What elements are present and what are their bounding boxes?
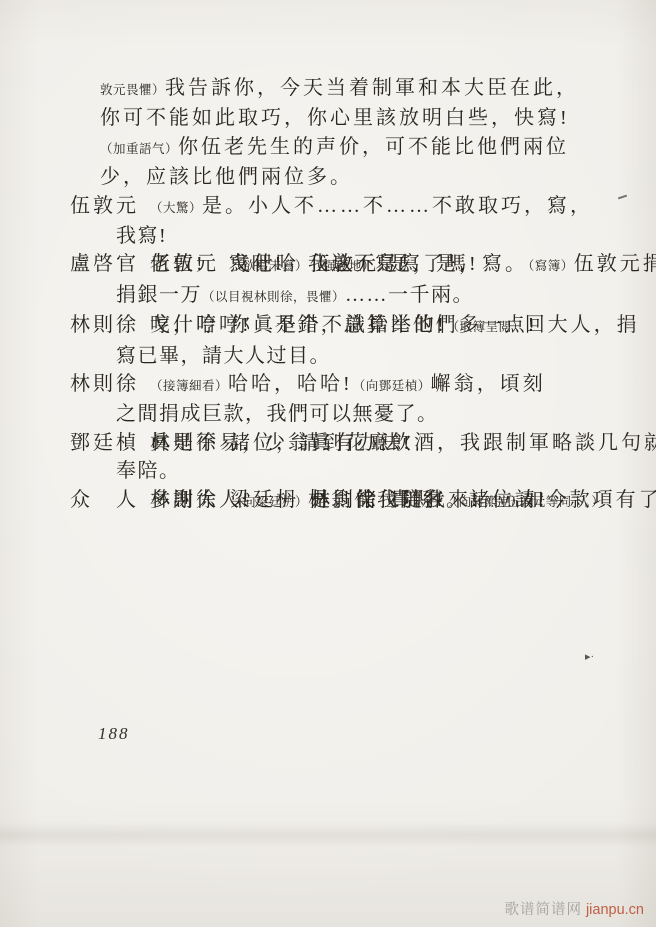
stage-direction: （向鄧廷楨） <box>353 379 431 393</box>
speaker-name: 鄧廷楨 <box>70 429 150 457</box>
script-line: 林則徐諸位，請到花廳飲酒，我跟制軍略談几句就來 <box>150 429 230 457</box>
script-line: 鄧廷楨眞是不易，少翁眞有办法! <box>70 429 150 457</box>
watermark-site-name: 歌谱简谱网 <box>504 902 582 918</box>
stage-direction: （以目視林則徐，畏懼） <box>202 290 345 304</box>
speaker-name: 林則徐 <box>310 486 390 514</box>
dialogue-text: 奉陪。 <box>116 460 181 482</box>
stage-direction: （接簿細看） <box>150 379 228 393</box>
script-line: 伍敦元是，是，寫。（寫簿）伍敦元捐……（咬牙發狠） <box>310 250 390 280</box>
speaker-name: 林則徐 <box>150 486 230 514</box>
speaker-name: 伍敦元 <box>150 250 230 278</box>
scan-smudge <box>0 822 656 848</box>
watermark: 歌谱简谱网jianpu.cn <box>504 898 644 919</box>
script-line: 之間捐成巨款，我們可以無憂了。 <box>70 400 600 428</box>
dialogue-text: 之間捐成巨款，我們可以無憂了。 <box>116 403 439 425</box>
dialogue-text: 我寫! <box>116 225 167 247</box>
dialogue-text: 少，应該比他們兩位多。 <box>100 166 353 188</box>
script-line: 少，应該比他們兩位多。 <box>70 163 600 191</box>
watermark-site-domain: jianpu.cn <box>586 902 644 918</box>
script-line: 众 人多謝大人! <box>70 486 150 514</box>
stage-direction: （取簿呈閲） <box>447 320 525 334</box>
stage-direction: （加重語气） <box>100 142 178 156</box>
dialogue-text: 諸位，請到花廳飲酒，我跟制軍略談几句就來 <box>230 432 656 454</box>
script-line: 寫已畢，請大人过目。 <box>70 342 600 370</box>
dialogue-text: 寫已畢，請大人过目。 <box>116 345 331 367</box>
dialogue-text: ……一千兩。 <box>345 284 474 306</box>
dialogue-text: 我告訴你，今天当着制軍和本大臣在此， <box>165 77 579 99</box>
stage-direction: 敦元畏懼） <box>100 83 165 97</box>
dialogue-text: 嶰翁，頃刻 <box>431 373 546 395</box>
dialogue-text: 是。小人不……不……不敢取巧，寫， <box>202 195 593 217</box>
dialogue-text: 是，是，寫。 <box>390 253 528 275</box>
speaker-name: 林則徐 <box>150 429 230 457</box>
scan-artifact: ▸· <box>585 650 594 663</box>
script-line: 伍敦元（大驚）是。小人不……不……不敢取巧，寫， <box>70 192 150 222</box>
dialogue-text: 如今款項有了着落，你明天 <box>524 489 656 511</box>
script-line: 林則徐貴縣!（向蔣熙宇）如今款項有了着落，你明天 <box>310 486 390 516</box>
dialogue-text: 伍敦元捐…… <box>574 253 656 275</box>
page-number: 188 <box>98 724 130 744</box>
scan-artifact <box>618 195 627 200</box>
speaker-name: 戈什哈 <box>150 311 230 339</box>
script-line: 你可不能如此取巧，你心里該放明白些，快寫! <box>70 104 600 132</box>
dialogue-text: 你眞是个不識抬举的! <box>230 314 447 336</box>
speaker-name: 林則徐 <box>70 370 150 398</box>
script-line: 伍敦元（欲寫未寫）我这不是寫了嗎! <box>150 250 230 280</box>
script-line: 戈什哈你眞是个不識抬举的!（取簿呈閲）回大人，捐 <box>150 311 230 341</box>
script-line: （加重語气）你伍老先生的声价，可不能比他們兩位 <box>70 133 600 163</box>
stage-direction: （向蔣熙宇） <box>446 495 524 509</box>
stage-direction: （寫簿） <box>528 259 574 273</box>
script-line: 戈什哈（强硬地）寫! <box>230 250 310 280</box>
speaker-name: 伍敦元 <box>310 250 390 278</box>
speaker-name: 戈什哈 <box>230 250 310 278</box>
dialogue-text: 哈哈，哈哈! <box>228 373 353 395</box>
script-line: 敦元畏懼）我告訴你，今天当着制軍和本大臣在此， <box>70 74 600 104</box>
script-line: 林則徐哼，哼哼! 不錯，总算比他們多一点! <box>70 311 150 339</box>
speaker-name: 盧啓官 <box>70 250 150 278</box>
speaker-name: 林則徐 <box>70 311 150 339</box>
script-line: 林則徐（向梁廷枬）枬翁代我陪客。諸位請! <box>150 486 230 516</box>
dialogue-text: 捐銀一万 <box>116 284 202 306</box>
script-line: 梁廷枬是。諸位随我來!（引伍敦元等同下。） <box>230 486 310 516</box>
dialogue-text: 貴縣! <box>390 489 446 511</box>
book-page: 敦元畏懼）我告訴你，今天当着制軍和本大臣在此，你可不能如此取巧，你心里該放明白些… <box>0 0 656 927</box>
script-line: 我寫! <box>70 222 600 250</box>
speaker-name: 梁廷枬 <box>230 486 310 514</box>
stage-direction: （大驚） <box>150 201 202 215</box>
speaker-name: 众 人 <box>70 486 150 514</box>
script-text: 敦元畏懼）我告訴你，今天当着制軍和本大臣在此，你可不能如此取巧，你心里該放明白些… <box>70 74 600 516</box>
script-line: 林則徐（接簿細看）哈哈，哈哈!（向鄧廷楨）嶰翁，頃刻 <box>70 370 150 400</box>
script-line: 盧啓官老伍! 寫吧! <box>70 250 150 278</box>
speaker-name: 伍敦元 <box>70 192 150 220</box>
dialogue-text: 你可不能如此取巧，你心里該放明白些，快寫! <box>100 107 570 129</box>
script-line: 捐銀一万（以目視林則徐，畏懼）……一千兩。 <box>70 281 600 311</box>
dialogue-text: 回大人，捐 <box>525 314 640 336</box>
dialogue-text: 你伍老先生的声价，可不能比他們兩位 <box>178 136 569 158</box>
script-line: 奉陪。 <box>70 457 600 485</box>
